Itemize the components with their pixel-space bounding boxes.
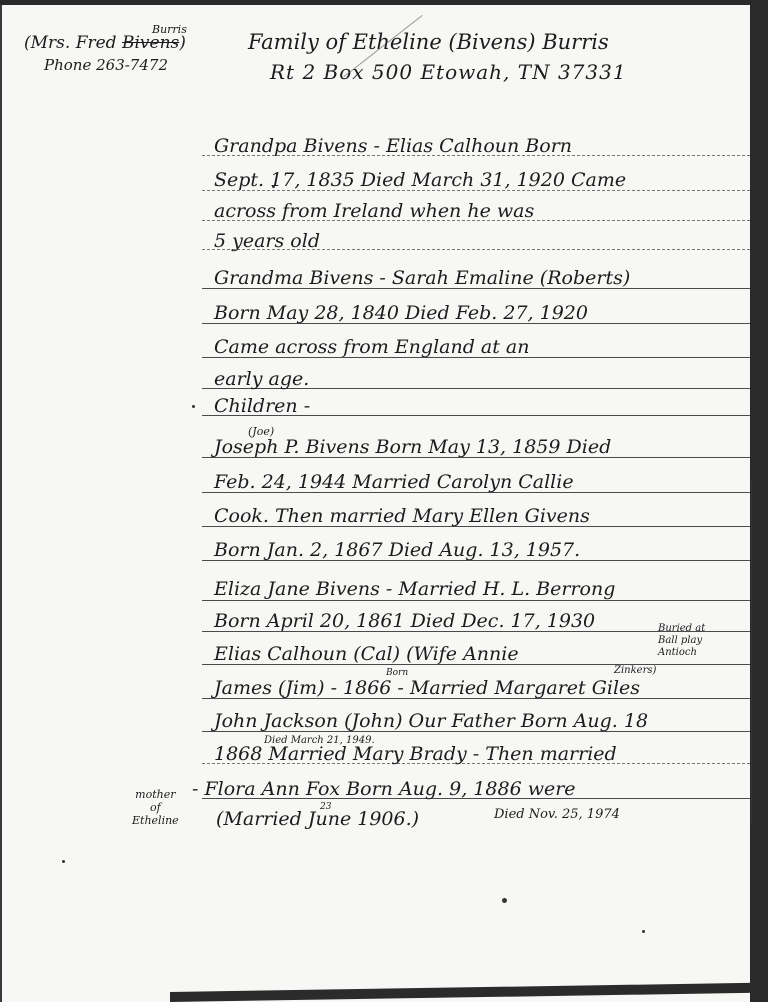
entry-line: James (Jim) - 1866 - Married Margaret Gi… [214, 679, 640, 698]
entry-line: across from Ireland when he was [214, 202, 534, 221]
contact-name: (Mrs. Fred Bivens) [24, 35, 186, 52]
scanned-page: (Mrs. Fred Bivens) Burris Phone 263-7472… [0, 5, 750, 1002]
entry-line: Feb. 24, 1944 Married Carolyn Callie [214, 473, 574, 492]
contact-phone: Phone 263-7472 [44, 58, 168, 73]
contact-name-prefix: (Mrs. Fred [24, 33, 122, 53]
entry-line: John Jackson (John) Our Father Born Aug.… [214, 712, 648, 731]
entry-line: Children - [214, 397, 310, 416]
margin-note-line: Etheline [132, 814, 179, 827]
entry-line: Joseph P. Bivens Born May 13, 1859 Died [214, 438, 611, 457]
burial-note-line: Ball play [658, 635, 705, 647]
entry-line: 5 years old [214, 232, 320, 251]
doc-title: Family of Etheline (Bivens) Burris [248, 32, 609, 53]
entry-line: Sept. 17, 1835 Died March 31, 1920 Came [214, 171, 626, 190]
phone-label: Phone [44, 56, 91, 74]
death-note: Died Nov. 25, 1974 [494, 808, 620, 821]
entry-line: Elias Calhoun (Cal) (Wife Annie [214, 645, 519, 664]
burial-note-line: Antioch [658, 647, 705, 659]
phone-number: 263-7472 [96, 56, 168, 74]
entry-line: (Married June 1906.) [216, 810, 419, 829]
entry-line: Grandma Bivens - Sarah Emaline (Roberts) [214, 269, 630, 288]
entry-line: Came across from England at an [214, 338, 530, 357]
annie-surname-note: Zinkers) [614, 666, 656, 676]
entry-line: 1868 Married Mary Brady - Then married [214, 745, 617, 764]
contact-name-close: ) [179, 33, 186, 53]
surname-correction: Burris [152, 24, 187, 35]
doc-address: Rt 2 Box 500 Etowah, TN 37331 [270, 62, 627, 82]
margin-note: mother of Etheline [132, 788, 179, 827]
entry-line: Born May 28, 1840 Died Feb. 27, 1920 [214, 304, 588, 323]
entry-line: Born Jan. 2, 1867 Died Aug. 13, 1957. [214, 541, 580, 560]
burial-note: Buried at Ball play Antioch [658, 623, 705, 659]
burial-note-line: Buried at [658, 623, 705, 635]
margin-note-line: of [132, 801, 179, 814]
margin-note-line: mother [132, 788, 179, 801]
entry-line: Eliza Jane Bivens - Married H. L. Berron… [214, 580, 615, 599]
struck-surname: Bivens [122, 33, 179, 53]
entry-line: Grandpa Bivens - Elias Calhoun Born [214, 137, 572, 156]
entry-line: Cook. Then married Mary Ellen Givens [214, 507, 590, 526]
entry-line: early age. [214, 370, 309, 389]
entry-line: - Flora Ann Fox Born Aug. 9, 1886 were [192, 780, 576, 799]
entry-line: Born April 20, 1861 Died Dec. 17, 1930 [214, 612, 595, 631]
margin-rule [751, 480, 752, 825]
